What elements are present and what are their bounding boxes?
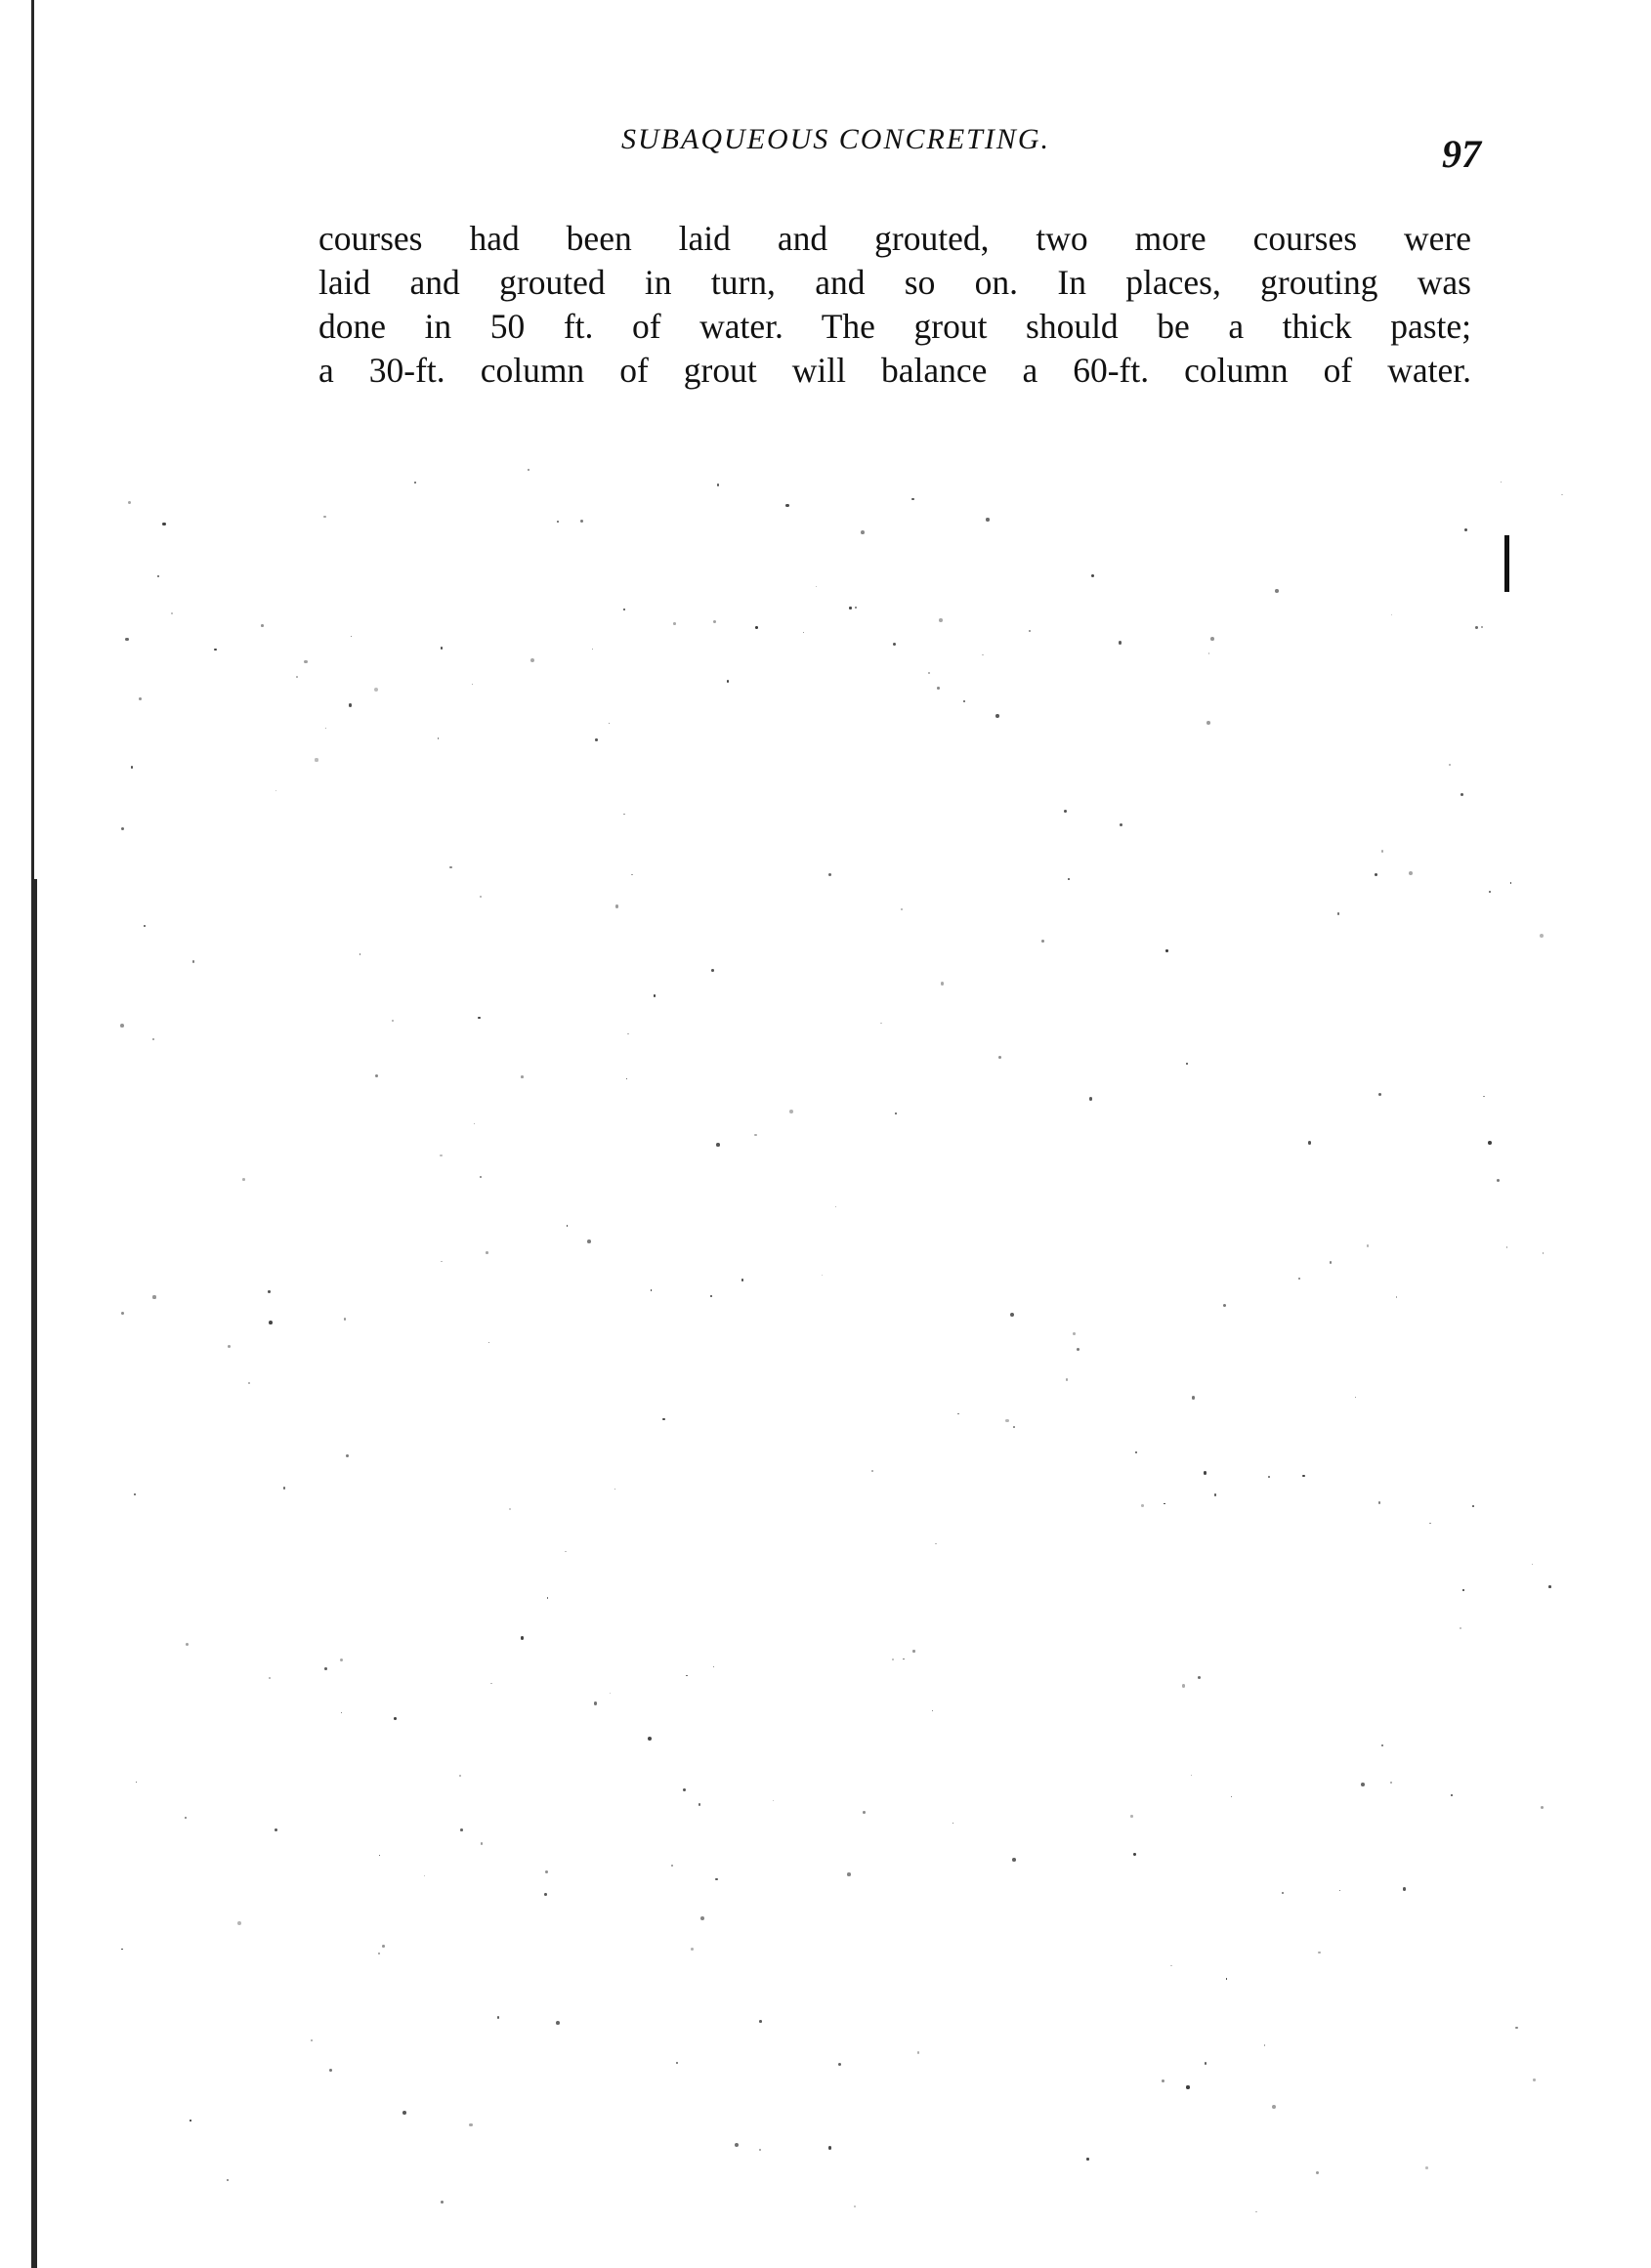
speck — [986, 518, 989, 521]
text-line: laid and grouted in turn, and so on. In … — [318, 261, 1471, 305]
speck — [1192, 1396, 1195, 1399]
speck — [982, 654, 983, 655]
speck — [627, 1033, 629, 1035]
speck — [789, 1110, 793, 1113]
speck — [614, 1489, 615, 1490]
speck — [1515, 2027, 1517, 2029]
speck — [700, 1916, 704, 1920]
speck — [1316, 2171, 1319, 2174]
speck — [192, 960, 194, 962]
speck — [157, 575, 159, 577]
speck — [698, 1803, 701, 1806]
speck — [438, 737, 439, 738]
speck — [528, 469, 529, 471]
speck — [1390, 1782, 1392, 1784]
speck — [424, 1875, 425, 1876]
speck — [341, 1712, 342, 1713]
speck — [847, 1872, 851, 1876]
speck — [822, 1275, 823, 1276]
speck — [1298, 1278, 1300, 1280]
speck — [755, 626, 758, 629]
running-head: SUBAQUEOUS CONCRETING. — [621, 123, 1050, 156]
speck — [1339, 1890, 1340, 1891]
speck — [441, 1261, 442, 1262]
speck — [849, 607, 851, 609]
speck — [346, 1454, 349, 1457]
speck — [1064, 810, 1067, 813]
speck — [283, 1487, 285, 1489]
speck — [441, 2201, 444, 2204]
speck — [1029, 630, 1031, 632]
speck — [304, 660, 308, 664]
speck — [121, 827, 124, 830]
speck — [544, 1893, 547, 1896]
speck — [449, 866, 451, 868]
speck — [1282, 1892, 1284, 1894]
speck — [268, 1290, 270, 1292]
speck — [340, 1659, 343, 1661]
speck — [375, 1074, 378, 1077]
speck — [1186, 1063, 1188, 1065]
speck — [248, 1382, 250, 1384]
speck — [1010, 1313, 1014, 1317]
speck — [691, 1948, 694, 1951]
speck — [261, 624, 264, 627]
speck — [509, 1508, 511, 1510]
speck — [838, 2063, 841, 2066]
speck — [1481, 626, 1484, 629]
speck — [716, 1143, 720, 1147]
speck — [360, 953, 360, 954]
speck — [1308, 1141, 1312, 1145]
speck — [186, 1643, 190, 1647]
speck — [152, 1038, 155, 1041]
speck — [1272, 2105, 1276, 2109]
speck — [162, 523, 166, 526]
speck — [311, 2039, 314, 2042]
speck — [1460, 793, 1463, 796]
speck — [861, 530, 865, 534]
speck — [120, 1024, 124, 1028]
speck — [626, 1078, 627, 1079]
speck — [1041, 940, 1044, 943]
speck — [214, 649, 216, 651]
speck — [469, 2123, 472, 2126]
speck — [139, 697, 142, 700]
speck — [1268, 1476, 1270, 1478]
speck — [911, 498, 913, 500]
speck — [895, 1113, 897, 1114]
speck — [1378, 1501, 1380, 1503]
speck — [521, 1075, 524, 1078]
speck — [932, 1710, 933, 1711]
speck — [269, 1677, 271, 1679]
speck — [497, 2016, 500, 2019]
speck — [1066, 1378, 1068, 1380]
speck — [854, 2205, 856, 2207]
speck — [474, 1123, 476, 1125]
speck — [713, 1666, 714, 1667]
speck — [1540, 934, 1544, 938]
speck — [594, 1701, 598, 1705]
speck — [1532, 1564, 1533, 1565]
speck — [1012, 1858, 1016, 1862]
speck — [1472, 1505, 1474, 1507]
speck — [592, 649, 593, 650]
speck — [1361, 1783, 1365, 1786]
speck — [1068, 878, 1070, 880]
speck — [683, 1788, 686, 1791]
speck — [1214, 1493, 1217, 1496]
speck — [1165, 949, 1167, 951]
speck — [480, 896, 482, 898]
speck — [374, 688, 378, 692]
speck — [654, 994, 656, 997]
speck — [1208, 652, 1210, 654]
speck — [131, 766, 133, 768]
speck — [323, 516, 326, 519]
speck — [125, 638, 129, 642]
speck — [1464, 528, 1467, 531]
speck — [441, 647, 444, 650]
speck — [275, 1828, 277, 1831]
speck — [1198, 1676, 1202, 1680]
speck — [1005, 1419, 1008, 1422]
speck — [325, 728, 326, 729]
speck — [394, 1717, 397, 1720]
speck — [686, 1675, 688, 1677]
speck — [952, 1823, 953, 1824]
speck — [615, 904, 619, 908]
speck — [478, 1017, 480, 1019]
speck — [379, 1855, 380, 1856]
speck — [121, 1312, 124, 1315]
speck — [587, 1239, 591, 1243]
speck — [937, 687, 940, 690]
speck — [128, 501, 131, 504]
speck — [651, 1289, 652, 1290]
speck — [1337, 912, 1340, 915]
speck — [648, 1737, 652, 1741]
speck — [545, 1870, 548, 1873]
speck — [1381, 850, 1384, 853]
speck — [673, 622, 676, 625]
speck — [382, 1945, 385, 1948]
speck — [521, 1636, 524, 1639]
speck — [481, 1842, 483, 1844]
speck — [565, 1551, 566, 1552]
speck — [472, 684, 473, 685]
speck — [1533, 2079, 1535, 2080]
speck — [315, 758, 317, 761]
speck — [227, 2179, 229, 2181]
speck — [957, 1413, 958, 1414]
speck — [1543, 1252, 1545, 1254]
speck — [631, 874, 632, 875]
speck — [1089, 1097, 1093, 1101]
speck — [269, 1321, 273, 1324]
speck — [351, 636, 352, 637]
speck — [1210, 637, 1214, 641]
speck — [1510, 882, 1512, 884]
speck — [324, 1667, 327, 1670]
speck — [486, 1251, 488, 1254]
speck — [1119, 641, 1122, 644]
speck — [440, 1155, 442, 1156]
speck — [741, 1279, 744, 1281]
speck — [855, 607, 857, 609]
speck — [903, 1659, 905, 1660]
speck — [1403, 1887, 1407, 1891]
speck — [1223, 1304, 1226, 1307]
speck — [863, 1811, 866, 1814]
speck — [1205, 2062, 1207, 2065]
speck — [1541, 1806, 1544, 1809]
speck — [1475, 626, 1478, 629]
speck — [1501, 482, 1503, 483]
speck — [1204, 1471, 1207, 1475]
speck — [557, 521, 559, 523]
speck — [1206, 721, 1210, 725]
speck — [547, 1597, 548, 1598]
speck — [711, 969, 714, 972]
speck — [228, 1345, 231, 1348]
speck — [296, 676, 298, 678]
speck — [1396, 1296, 1398, 1298]
speck — [1355, 1397, 1357, 1399]
speck — [1264, 2044, 1265, 2045]
speck — [892, 1659, 894, 1660]
speck — [995, 714, 999, 718]
speck — [329, 2069, 332, 2072]
speck — [152, 1295, 155, 1298]
speck — [880, 1023, 882, 1025]
speck — [759, 2020, 762, 2023]
speck — [609, 723, 610, 724]
speck — [1378, 1093, 1381, 1096]
speck — [871, 1470, 873, 1472]
speck — [671, 1865, 672, 1866]
speck — [1182, 1684, 1185, 1687]
speck — [727, 680, 730, 683]
speck — [488, 1342, 489, 1343]
speck — [595, 738, 598, 741]
speck — [1548, 1585, 1551, 1588]
speck — [623, 814, 625, 816]
speck — [1141, 1504, 1144, 1507]
speck — [480, 1176, 482, 1178]
speck — [490, 1683, 491, 1684]
speck — [1164, 1503, 1164, 1504]
speck — [662, 1418, 664, 1420]
scan-artifact-mark — [1504, 535, 1509, 592]
speck — [835, 1206, 836, 1207]
speck — [144, 925, 146, 927]
speck — [134, 1493, 136, 1495]
speck — [1275, 589, 1279, 593]
speck — [963, 700, 965, 702]
speck — [1120, 823, 1122, 826]
speck — [1489, 891, 1491, 893]
speck — [1162, 2079, 1164, 2082]
binding-edge-line-lower — [34, 879, 37, 2268]
speck — [828, 873, 831, 876]
speck — [1483, 1096, 1485, 1098]
speck — [1226, 1978, 1228, 1980]
speck — [344, 1318, 346, 1320]
speck — [185, 1817, 187, 1819]
speck — [1429, 1523, 1431, 1525]
speck — [1013, 1426, 1015, 1428]
speck — [1170, 1965, 1171, 1966]
speck — [459, 1775, 461, 1777]
speck — [1191, 1775, 1192, 1776]
speck — [1391, 614, 1392, 615]
text-line: courses had been laid and grouted, two m… — [318, 217, 1471, 261]
speck — [1133, 1853, 1135, 1855]
speck — [610, 1693, 611, 1694]
speck — [759, 2149, 760, 2150]
speck — [136, 1782, 137, 1783]
speck — [1091, 574, 1094, 577]
speck — [1302, 1475, 1304, 1477]
speck — [773, 1800, 774, 1801]
speck — [1462, 1589, 1464, 1591]
speck — [901, 908, 903, 910]
speck — [1255, 2211, 1256, 2212]
speck — [1318, 1952, 1321, 1954]
speck — [1506, 1246, 1508, 1248]
speck — [580, 520, 583, 523]
speck — [1381, 1744, 1383, 1746]
page-number: 97 — [1442, 131, 1481, 177]
speck — [1497, 1179, 1501, 1183]
speck — [754, 1134, 756, 1136]
speck — [1451, 1794, 1453, 1796]
speck — [928, 672, 930, 674]
speck — [460, 1828, 463, 1831]
speck — [171, 612, 173, 614]
speck — [735, 2143, 739, 2147]
speck — [816, 586, 818, 588]
speck — [717, 483, 719, 485]
speck — [935, 1543, 937, 1545]
speck — [1130, 1815, 1132, 1817]
speck — [715, 1878, 718, 1881]
speck — [893, 643, 896, 646]
speck — [1425, 2166, 1428, 2169]
speck — [1330, 1261, 1332, 1263]
speck — [828, 2146, 831, 2149]
speck — [1073, 1332, 1076, 1335]
speck — [1460, 1627, 1461, 1629]
speck — [414, 482, 416, 483]
speck — [556, 2021, 560, 2025]
speck — [912, 1650, 914, 1652]
speck — [1367, 1244, 1369, 1246]
speck — [349, 703, 352, 706]
speck — [917, 2051, 919, 2053]
speck — [1231, 1796, 1233, 1798]
speck — [785, 504, 789, 508]
speck — [1561, 494, 1563, 496]
speck — [939, 618, 943, 622]
speck — [190, 2120, 191, 2121]
speck — [1135, 1451, 1137, 1453]
speck — [1186, 2085, 1189, 2088]
speck — [998, 1056, 1002, 1060]
text-line: a 30-ft. column of grout will balance a … — [318, 349, 1471, 393]
speck — [237, 1921, 241, 1925]
speck — [1375, 873, 1377, 876]
speck — [941, 982, 945, 986]
speck — [710, 1295, 712, 1297]
speck — [567, 1225, 568, 1226]
speck — [623, 609, 625, 610]
speck — [275, 790, 276, 791]
speck — [378, 1953, 380, 1954]
speck — [1086, 2158, 1088, 2160]
book-page: SUBAQUEOUS CONCRETING. 97 courses had be… — [0, 0, 1651, 2268]
body-paragraph: courses had been laid and grouted, two m… — [318, 217, 1471, 393]
speck — [1077, 1348, 1079, 1351]
speck — [1409, 871, 1413, 875]
speck — [121, 1949, 123, 1951]
speck — [392, 1020, 393, 1021]
speck — [242, 1178, 245, 1181]
speck — [530, 658, 534, 662]
text-line: done in 50 ft. of water. The grout shoul… — [318, 305, 1471, 349]
speck — [676, 2062, 678, 2064]
speck — [713, 620, 716, 623]
speck — [1488, 1141, 1492, 1145]
speck — [402, 2111, 406, 2115]
speck — [1449, 764, 1451, 766]
speck — [803, 632, 805, 634]
